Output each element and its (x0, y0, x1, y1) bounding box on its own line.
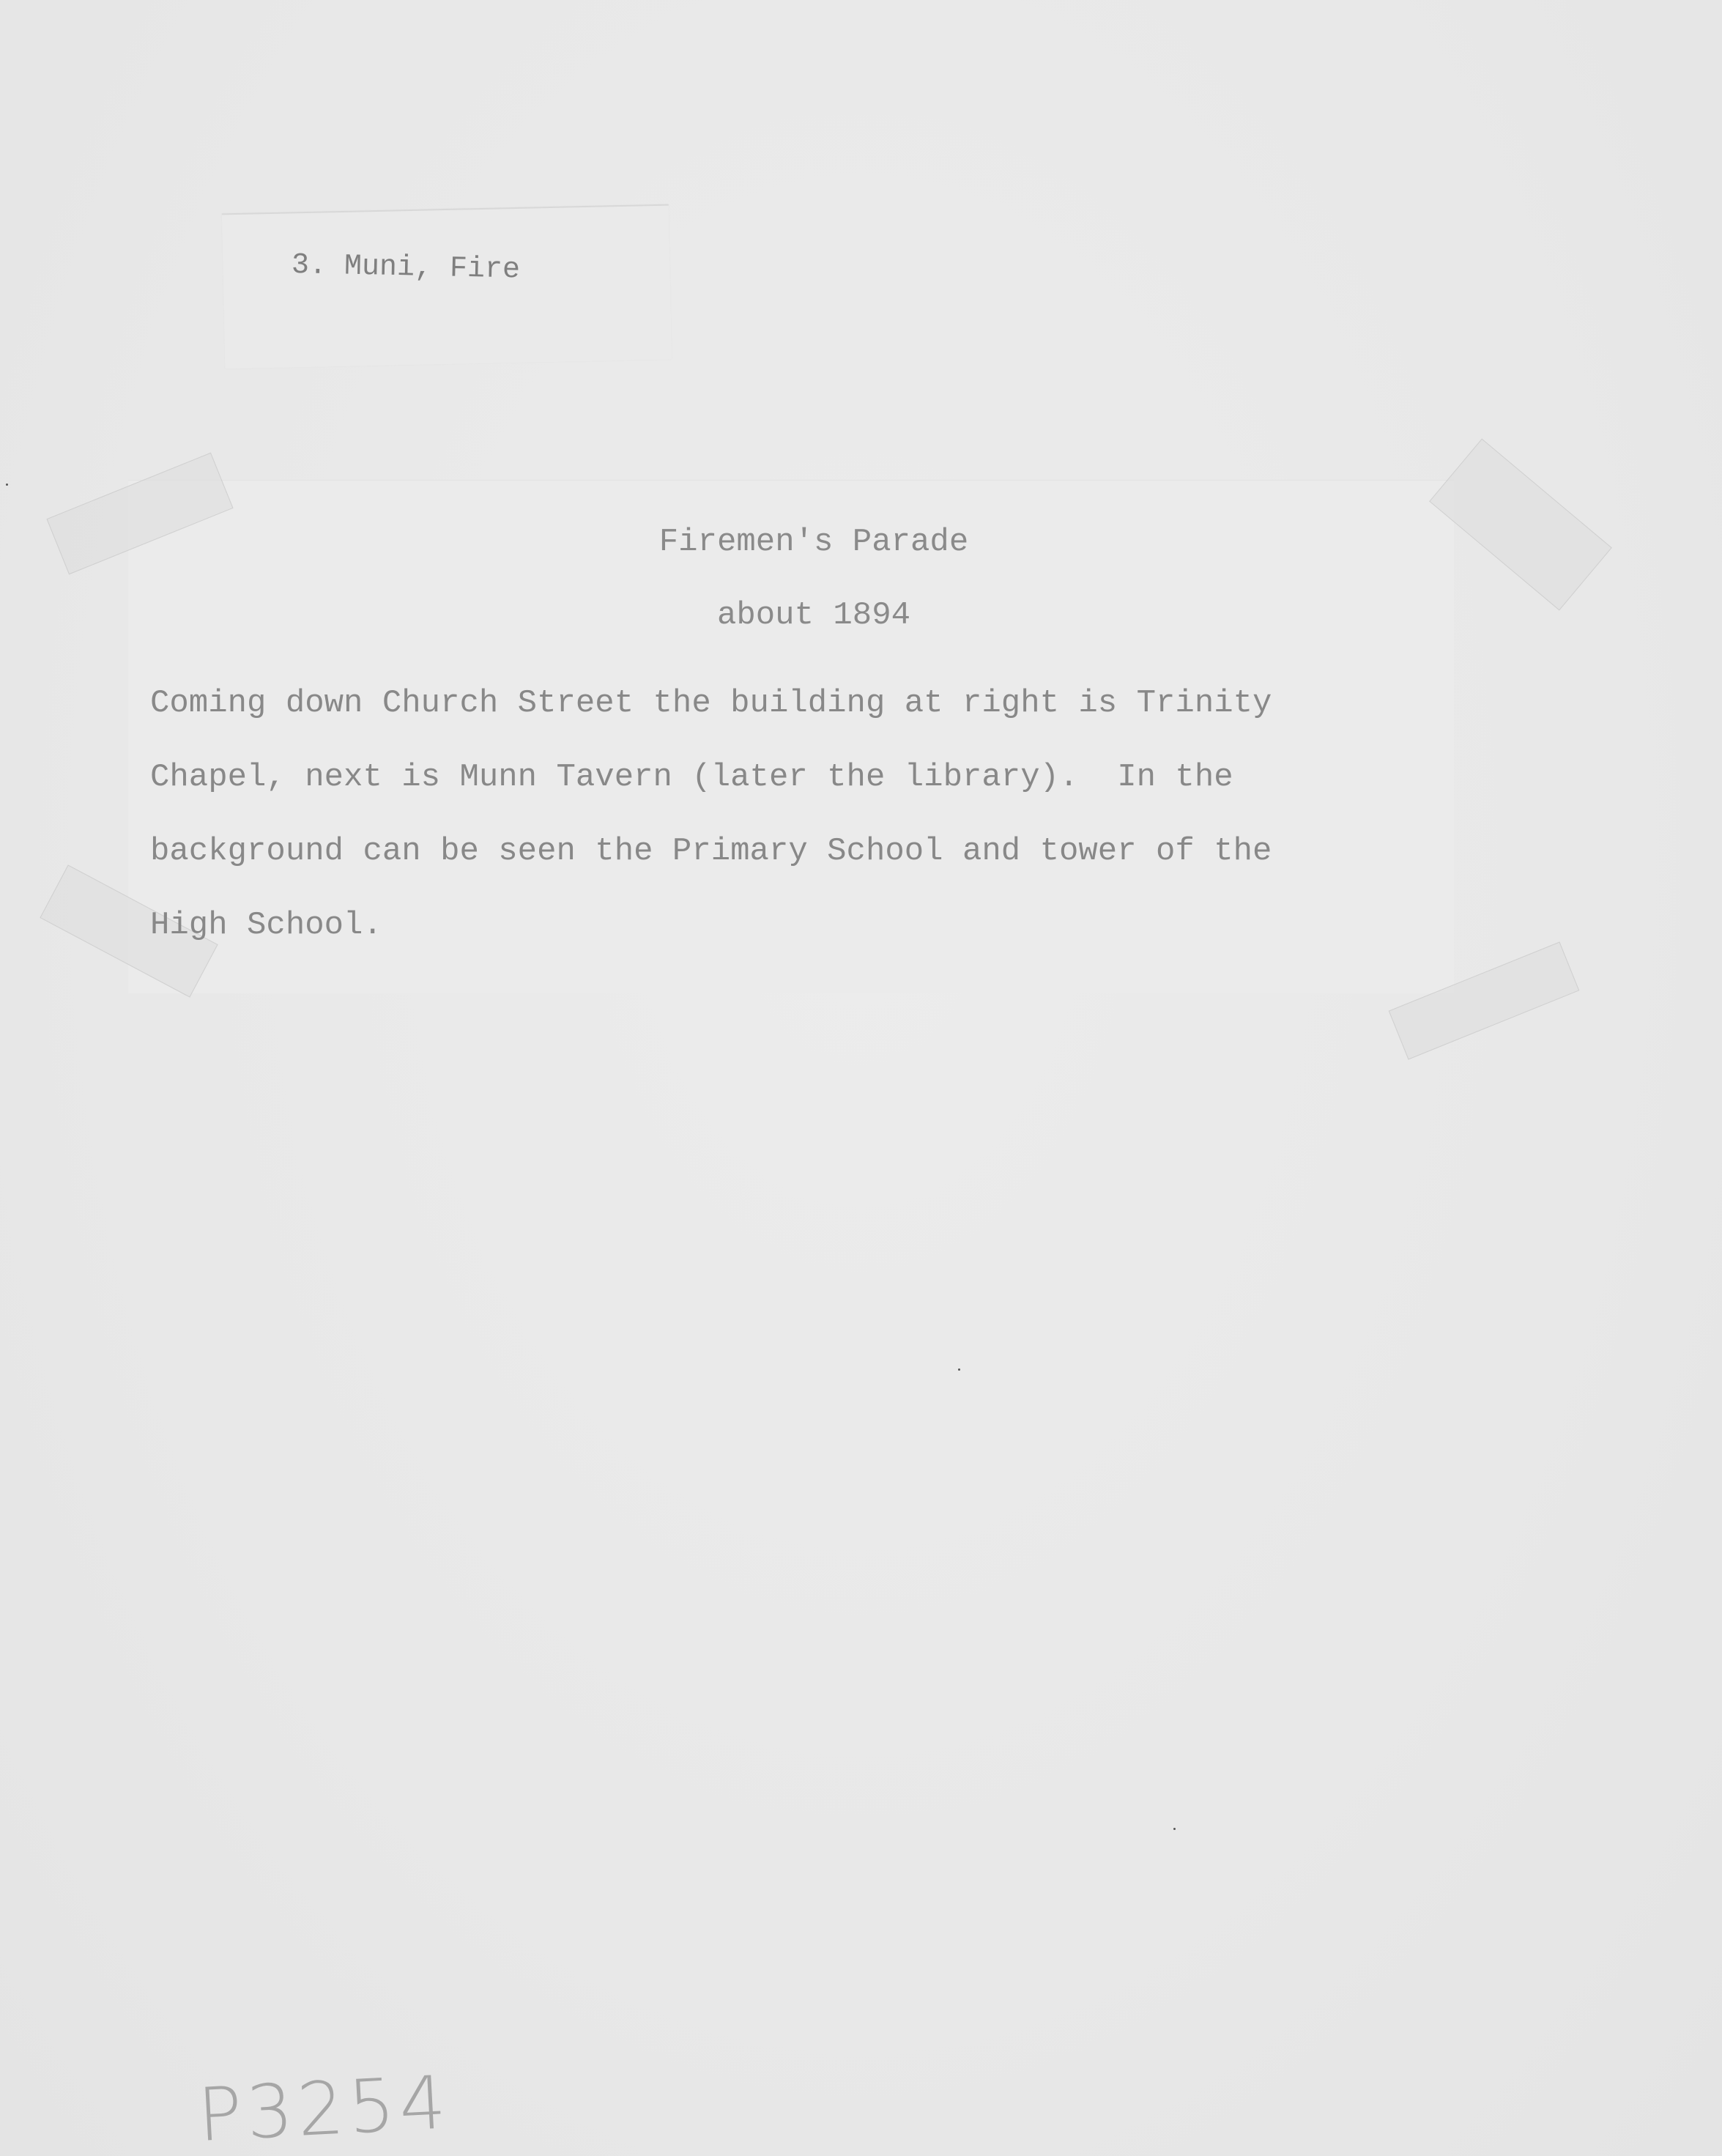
caption-line: background can be seen the Primary Schoo… (150, 815, 1469, 889)
caption-date: about 1894 (0, 597, 1628, 634)
caption-line: Chapel, next is Munn Tavern (later the l… (150, 741, 1469, 815)
caption-line: High School. (150, 889, 1469, 963)
caption-line: Coming down Church Street the building a… (150, 667, 1469, 741)
category-label: 3. Muni, Fire (292, 249, 521, 287)
caption-body: Coming down Church Street the building a… (150, 667, 1469, 963)
paper-speck (958, 1368, 960, 1371)
document-page: 3. Muni, Fire Firemen's Parade about 189… (0, 0, 1722, 2156)
paper-speck (6, 484, 8, 486)
handwritten-accession-number: P3254 (196, 2059, 452, 2156)
caption-title: Firemen's Parade (0, 524, 1628, 560)
paper-speck (1173, 1828, 1176, 1830)
category-label-slip (222, 204, 672, 369)
